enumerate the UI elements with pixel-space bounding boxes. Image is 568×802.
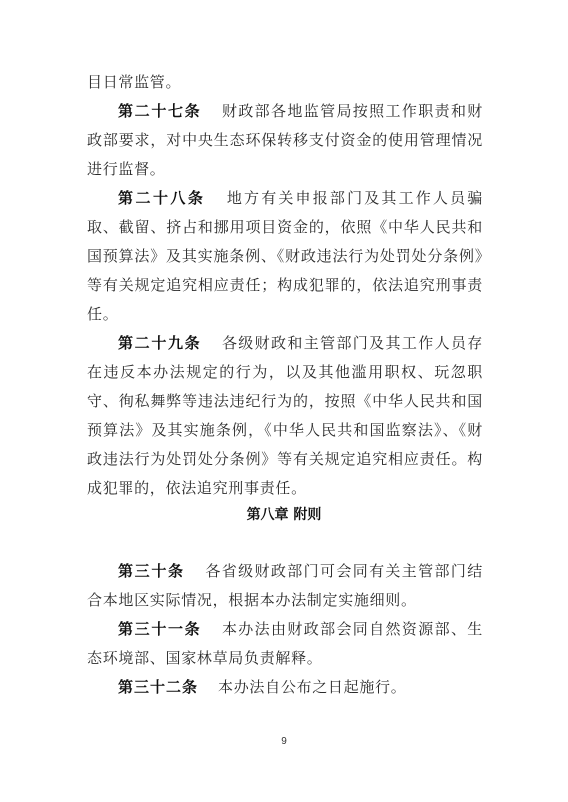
- article-29: 第二十九条各级财政和主管部门及其工作人员存在违反本办法规定的行为，以及其他滥用职…: [87, 329, 483, 503]
- article-label: 第三十条: [118, 562, 185, 580]
- document-page: 目日常监管。 第二十七条财政部各地监管局按照工作职责和财政部要求，对中央生态环保…: [0, 0, 568, 802]
- article-30: 第三十条各省级财政部门可会同有关主管部门结合本地区实际情况，根据本办法制定实施细…: [87, 557, 483, 615]
- article-label: 第三十一条: [118, 620, 201, 638]
- carryover-line: 目日常监管。: [87, 68, 483, 97]
- article-28: 第二十八条地方有关申报部门及其工作人员骗取、截留、挤占和挪用项目资金的，依照《中…: [87, 184, 483, 329]
- text-block-upper: 目日常监管。 第二十七条财政部各地监管局按照工作职责和财政部要求，对中央生态环保…: [87, 68, 483, 503]
- article-text: 本办法自公布之日起施行。: [218, 678, 406, 696]
- article-label: 第三十二条: [118, 678, 198, 696]
- article-27: 第二十七条财政部各地监管局按照工作职责和财政部要求，对中央生态环保转移支付资金的…: [87, 97, 483, 184]
- article-text: 各级财政和主管部门及其工作人员存在违反本办法规定的行为，以及其他滥用职权、玩忽职…: [87, 334, 483, 497]
- chapter-heading: 第八章 附则: [0, 504, 568, 524]
- article-32: 第三十二条本办法自公布之日起施行。: [87, 673, 483, 702]
- article-label: 第二十七条: [118, 102, 201, 120]
- page-number: 9: [0, 736, 568, 747]
- article-text: 地方有关申报部门及其工作人员骗取、截留、挤占和挪用项目资金的，依照《中华人民共和…: [87, 189, 483, 323]
- article-31: 第三十一条本办法由财政部会同自然资源部、生态环境部、国家林草局负责解释。: [87, 615, 483, 673]
- article-label: 第二十九条: [118, 334, 201, 352]
- text-block-lower: 第三十条各省级财政部门可会同有关主管部门结合本地区实际情况，根据本办法制定实施细…: [87, 557, 483, 702]
- article-label: 第二十八条: [118, 189, 205, 207]
